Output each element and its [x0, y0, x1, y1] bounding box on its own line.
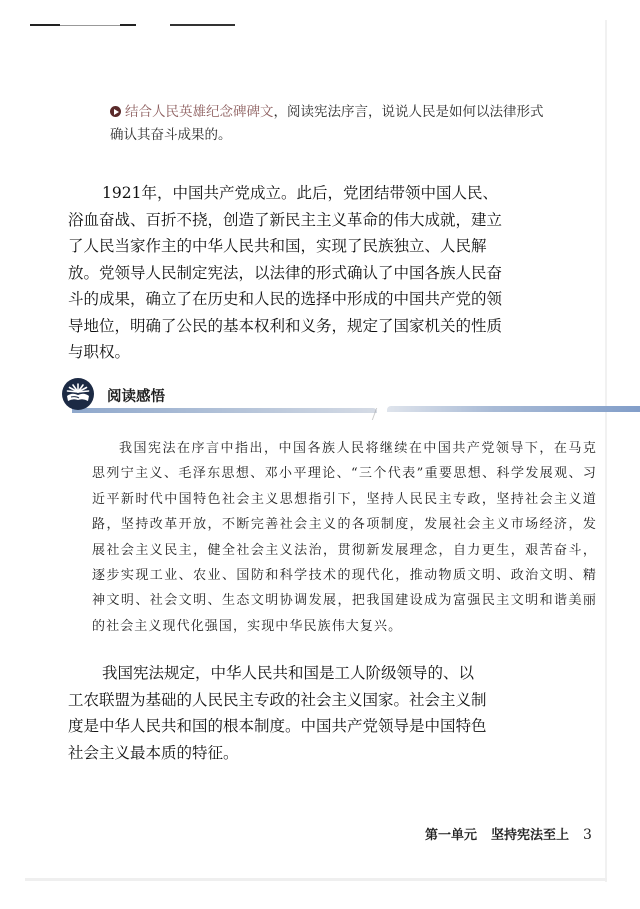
top-rule — [170, 24, 235, 26]
header-bar-left — [72, 408, 377, 413]
header-bar-right — [387, 406, 640, 412]
top-rule — [60, 25, 120, 26]
page-number: 3 — [583, 827, 592, 843]
sunrise-book-icon — [62, 378, 94, 410]
top-rule — [30, 24, 60, 26]
footer-unit: 第一单元 — [425, 828, 477, 843]
reading-section-header: 阅读感悟 — [62, 378, 602, 414]
page-footer: 第一单元坚持宪法至上3 — [425, 824, 592, 843]
reading-section-title: 阅读感悟 — [107, 385, 165, 406]
reading-section-body: 我国宪法在序言中指出，中国各族人民将继续在中国共产党领导下，在马克思列宁主义、毛… — [92, 436, 597, 639]
footer-unit-title: 坚持宪法至上 — [491, 828, 569, 843]
top-rule — [120, 24, 136, 26]
discussion-prompt: 结合人民英雄纪念碑碑文，阅读宪法序言，说说人民是如何以法律形式确认其奋斗成果的。 — [88, 100, 548, 146]
page-edge-right — [605, 20, 607, 882]
prompt-highlight: 结合人民英雄纪念碑碑文 — [125, 104, 274, 119]
page-edge-bottom — [25, 878, 607, 881]
body-paragraph-2: 我国宪法规定，中华人民共和国是工人阶级领导的、以工农联盟为基础的人民民主专政的社… — [68, 660, 488, 766]
body-paragraph-1: 1921年，中国共产党成立。此后，党团结带领中国人民、浴血奋战、百折不挠，创造了… — [68, 180, 508, 366]
play-circle-icon — [110, 106, 121, 117]
